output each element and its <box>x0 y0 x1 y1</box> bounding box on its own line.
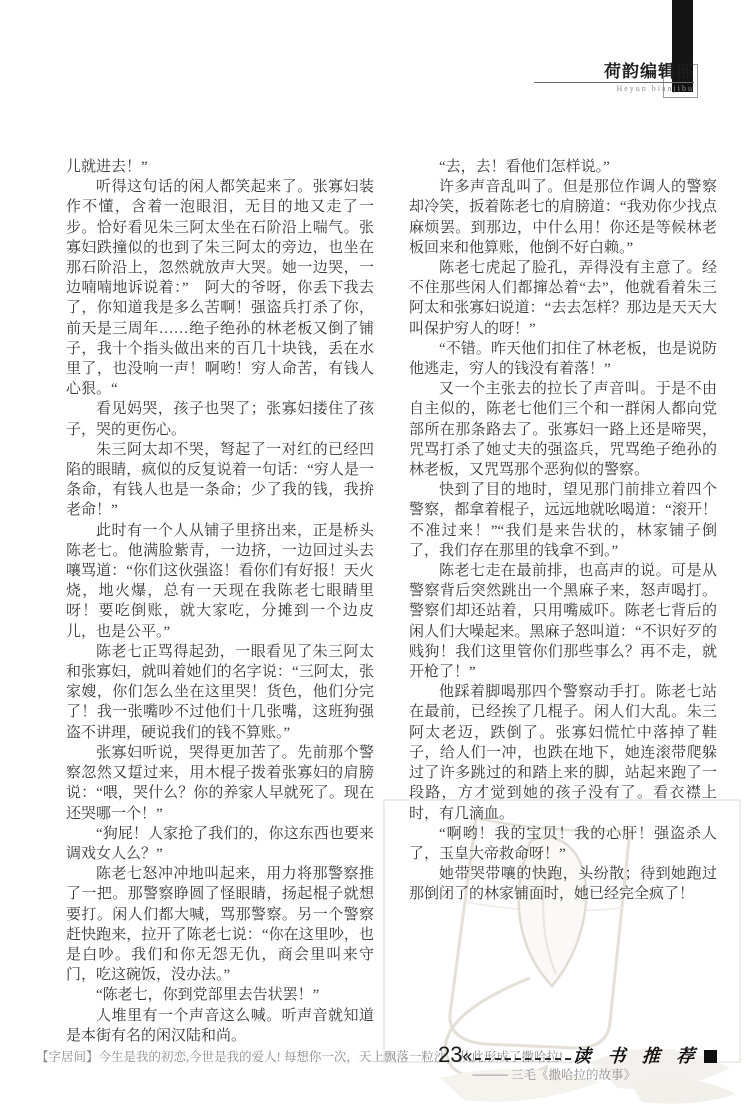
paragraph: 人堆里有一个声音这么喊。听声音就知道是本街有名的闲汉陆和尚。 <box>66 1006 374 1046</box>
footer-quote-attribution: ──── 三毛《撒哈拉的故事》 <box>36 1066 636 1084</box>
brand-rule <box>534 82 694 83</box>
page-number: 23« <box>438 1042 473 1068</box>
paragraph: 快到了目的地时，望见那门前排立着四个警察，都拿着棍子，远远地就吆喝道：“滚开！不… <box>409 480 717 561</box>
paragraph: 许多声音乱叫了。但是那位作调人的警察却冷笑，扳着陈老七的肩膀道：“我劝你少找点麻… <box>409 177 717 258</box>
brand-name-chinese: 荷韵编辑部 <box>534 63 694 81</box>
paragraph: 陈老七怒冲冲地叫起来，用力将那警察推了一把。那警察睁圆了怪眼睛，扬起棍子就想要打… <box>66 864 374 985</box>
paragraph: 陈老七正骂得起劲，一眼看见了朱三阿太和张寡妇，就叫着她们的名字说：“三阿太，张家… <box>66 642 374 743</box>
paragraph: “啊哟！我的宝贝！我的心肝！强盗杀人了，玉皇大帝救命呀！” <box>409 824 717 864</box>
footer-page-strip: 23« 读 书 推 荐 <box>438 1042 717 1068</box>
brand-name-pinyin: Heyun bianjibu <box>534 84 694 93</box>
paragraph: 听得这句话的闲人都笑起来了。张寡妇装作不懂，含着一泡眼泪，无目的地又走了一步。恰… <box>66 177 374 399</box>
paragraph: “陈老七，你到党部里去告状罢！” <box>66 985 374 1005</box>
paragraph: “去，去！看他们怎样说。” <box>409 157 717 177</box>
header-brand: 荷韵编辑部 Heyun bianjibu <box>534 63 694 93</box>
paragraph: 张寡妇听说，哭得更加苦了。先前那个警察忽然又踅过来，用木棍子拨着张寡妇的肩膀说：… <box>66 743 374 824</box>
paragraph: 他踩着脚喝那四个警察动手打。陈老七站在最前，已经挨了几棍子。闲人们大乱。朱三阿太… <box>409 682 717 823</box>
article-column-left: 儿就进去！”听得这句话的闲人都笑起来了。张寡妇装作不懂，含着一泡眼泪，无目的地又… <box>66 157 374 1046</box>
paragraph: 又一个主张去的拉长了声音叫。于是不由自主似的，陈老七他们三个和一群闲人都向党部所… <box>409 379 717 480</box>
paragraph: 儿就进去！” <box>66 157 374 177</box>
section-title: 读 书 推 荐 <box>572 1042 701 1068</box>
paragraph: 陈老七虎起了脸孔，弄得没有主意了。经不住那些闲人们都撺怂着“去”，他就看着朱三阿… <box>409 258 717 339</box>
paragraph: 朱三阿太却不哭，弩起了一对红的已经凹陷的眼睛，疯似的反复说着一句话：“穷人是一条… <box>66 440 374 521</box>
black-square-icon <box>704 1050 717 1063</box>
article-column-right: “去，去！看他们怎样说。”许多声音乱叫了。但是那位作调人的警察却冷笑，扳着陈老七… <box>409 157 717 905</box>
magazine-page: { "header": { "brand_cn": "荷韵编辑部", "bran… <box>0 0 750 1110</box>
page-marker-icon: « <box>462 1046 472 1066</box>
paragraph: 陈老七走在最前排，也高声的说。可是从警察背后突然跳出一个黑麻子来，怒声喝打。警察… <box>409 561 717 682</box>
paragraph: 看见妈哭，孩子也哭了；张寡妇搂住了孩子，哭的更伤心。 <box>66 399 374 439</box>
dotted-leader <box>475 1057 571 1060</box>
paragraph: 她带哭带嚷的快跑，头纷散；待到她跑过那倒闭了的林家铺面时，她已经完全疯了！ <box>409 864 717 904</box>
paragraph: “不错。昨天他们扣住了林老板，也是说防他逃走，穷人的钱没有着落！” <box>409 339 717 379</box>
paragraph: “狗屁！人家抢了我们的，你这东西也要来调戏女人么？” <box>66 824 374 864</box>
paragraph: 此时有一个人从铺子里挤出来，正是桥头陈老七。他满脸紫青，一边挤，一边回过头去嚷骂… <box>66 521 374 642</box>
